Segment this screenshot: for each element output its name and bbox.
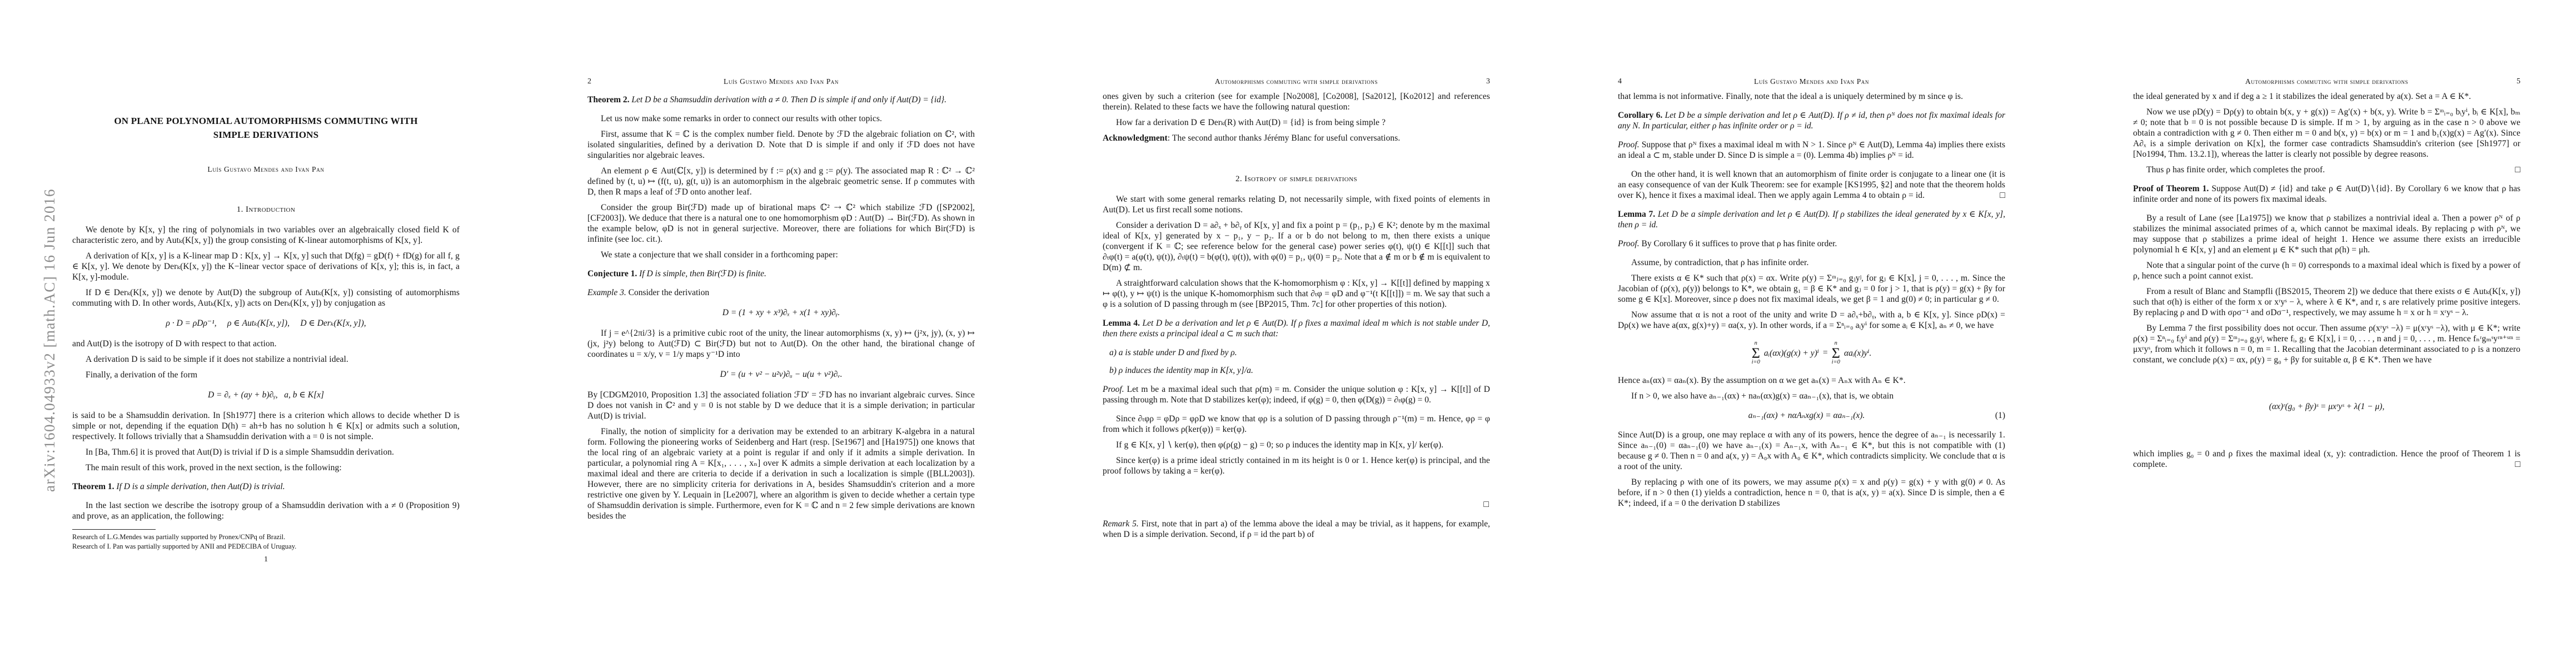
paragraph-text: is said to be a Shamsuddin derivation. I… xyxy=(72,411,460,441)
list-item: b) ρ induces the identity map in K[x, y]… xyxy=(1109,365,1490,376)
paragraph-text: Since ker(φ) is a prime ideal strictly c… xyxy=(1103,456,1490,476)
running-head: Automorphisms commuting with simple deri… xyxy=(1103,77,1490,86)
paragraph: There exists α ∈ K* such that ρ(x) = αx.… xyxy=(1618,273,2005,305)
paragraph: A derivation of K[x, y] is a K-linear ma… xyxy=(72,251,460,282)
display-equation: ρ · D = ρDρ⁻¹, ρ ∈ Autₖ(K[x, y]), D ∈ De… xyxy=(72,317,460,330)
display-equation: (αx)ʳ(g₀ + βy)ˢ = μxʳyˢ + λ(1 − μ), xyxy=(2133,401,2520,413)
display-equation: D = (1 + xy + x³)∂ₓ + x(1 + xy)∂ᵧ. xyxy=(587,307,975,319)
sum-lower-limit: i=0 xyxy=(1752,360,1760,366)
summation-equation: nΣi=0aᵢ(αx)(g(x) + y)ⁱ=nΣi=0αaᵢ(x)yⁱ. xyxy=(1618,341,2005,365)
qed-box: □ xyxy=(1986,190,2005,201)
page-2: 2Luís Gustavo Mendes and Ivan PanTheorem… xyxy=(515,0,1030,667)
paragraph-text: By replacing ρ with one of its powers, w… xyxy=(1618,477,2005,508)
section-heading: 2. Isotropy of simple derivations xyxy=(1103,175,1490,184)
theorem-statement: Let D be a derivation and let ρ ∈ Aut(D)… xyxy=(1103,318,1490,339)
paragraph-text: Let us now make some remarks in order to… xyxy=(601,114,882,123)
environment-text: Suppose that ρᴺ fixes a maximal ideal m … xyxy=(1618,140,2005,160)
paragraph: Now we use ρD(y) = Dρ(y) to obtain b(x, … xyxy=(2133,107,2520,160)
running-head-page-number-right: 5 xyxy=(2517,77,2520,86)
display-equation: D′ = (u + v² − u²v)∂ᵤ − u(u + v²)∂ᵥ. xyxy=(587,369,975,381)
paragraph: Since ker(φ) is a prime ideal strictly c… xyxy=(1103,455,1490,476)
page-number: 1 xyxy=(72,555,460,564)
environment-label: Proof. xyxy=(1103,385,1124,394)
paragraph-text: Since Aut(D) is a group, one may replace… xyxy=(1618,430,2005,471)
theorem-label: Theorem 1. xyxy=(72,482,114,491)
paragraph-text: If j = e^{2πi/3} is a primitive cubic ro… xyxy=(587,328,975,359)
equation-number: (1) xyxy=(1995,411,2005,421)
paragraph: which implies g₀ = 0 and ρ fixes the max… xyxy=(2133,449,2520,470)
paragraph: and Aut(D) is the isotropy of D with res… xyxy=(72,339,460,349)
paragraph-text: A straightforward calculation shows that… xyxy=(1103,278,1490,309)
running-head-title: Luís Gustavo Mendes and Ivan Pan xyxy=(724,77,839,86)
running-head-title: Luís Gustavo Mendes and Ivan Pan xyxy=(1754,77,1869,86)
paragraph-text: A derivation of K[x, y] is a K-linear ma… xyxy=(72,251,460,282)
proof-of-theorem-block: Proof of Theorem 1. Suppose Aut(D) ≠ {id… xyxy=(2133,183,2520,205)
paragraph: If j = e^{2πi/3} is a primitive cubic ro… xyxy=(587,328,975,360)
paragraph: Assume, by contradiction, that ρ has inf… xyxy=(1618,257,2005,268)
environment-text: By Corollary 6 it suffices to prove that… xyxy=(1641,239,1837,248)
equals-sign: = xyxy=(1823,348,1828,358)
paragraph: How far a derivation D ∈ Derₖ(R) with Au… xyxy=(1103,117,1490,128)
theorem-block: Theorem 1. If D is a simple derivation, … xyxy=(72,481,460,492)
running-head-page-number-right: 3 xyxy=(1486,77,1490,86)
page-content: Automorphisms commuting with simple deri… xyxy=(1103,0,1490,548)
paragraph: By replacing ρ with one of its powers, w… xyxy=(1618,477,2005,509)
footnote-block: Research of L.G.Mendes was partially sup… xyxy=(72,529,460,551)
theorem-block: Corollary 6. Let D be a simple derivatio… xyxy=(1618,110,2005,131)
paragraph-text: which implies g₀ = 0 and ρ fixes the max… xyxy=(2133,449,2520,469)
equation-body: aₙ₋₁(αx) + nαAₙxg(x) = αaₙ₋₁(x). xyxy=(1618,410,1995,421)
paragraph: Consider the group Bir(ℱD) made up of bi… xyxy=(587,202,975,245)
paragraph-text: Thus ρ has finite order, which completes… xyxy=(2146,165,2325,175)
paragraph: Consider a derivation D = a∂ₓ + b∂ᵧ of K… xyxy=(1103,220,1490,273)
environment-block: Proof. Suppose that ρᴺ fixes a maximal i… xyxy=(1618,140,2005,161)
running-head: 2Luís Gustavo Mendes and Ivan Pan xyxy=(587,77,975,86)
theorem-block: Theorem 2. Let D be a Shamsuddin derivat… xyxy=(587,94,975,105)
running-head-title: Automorphisms commuting with simple deri… xyxy=(2245,77,2408,86)
paragraph: We start with some general remarks relat… xyxy=(1103,194,1490,215)
paragraph: An element ρ ∈ Aut(ℂ[x, y]) is determine… xyxy=(587,166,975,197)
authors-line: Luís Gustavo Mendes and Ivan Pan xyxy=(72,165,460,174)
paragraph-text: By Lemma 7 the first possibility does no… xyxy=(2133,323,2520,365)
list-item: a) a is stable under D and fixed by ρ. xyxy=(1109,347,1490,358)
paragraph-text: that lemma is not informative. Finally, … xyxy=(1618,92,1963,101)
paragraph: the ideal generated by x and if deg a ≥ … xyxy=(2133,91,2520,102)
acknowledgment-text: : The second author thanks Jérémy Blanc … xyxy=(1168,133,1401,143)
environment-block: Remark 5. First, note that in part a) of… xyxy=(1103,519,1490,540)
running-head: Automorphisms commuting with simple deri… xyxy=(2133,77,2520,86)
paragraph-text: the ideal generated by x and if deg a ≥ … xyxy=(2133,92,2471,101)
section-heading: 1. Introduction xyxy=(72,205,460,215)
paragraph: that lemma is not informative. Finally, … xyxy=(1618,91,2005,102)
paragraph: Now assume that α is not a root of the u… xyxy=(1618,310,2005,331)
page-5: Automorphisms commuting with simple deri… xyxy=(2061,0,2576,667)
paragraph: Hence aₙ(αx) = αaₙ(x). By the assumption… xyxy=(1618,375,2005,386)
sum-expression-right: αaᵢ(x)yⁱ. xyxy=(1844,348,1871,359)
paragraph-text: If D ∈ Derₖ(K[x, y]) we denote by Aut(D)… xyxy=(72,288,460,308)
paragraph-text: ones given by such a criterion (see for … xyxy=(1103,92,1490,112)
paragraph: Since ∂ₜφρ = φDρ = φρD we know that φρ i… xyxy=(1103,414,1490,435)
paragraph-text: Note that a singular point of the curve … xyxy=(2133,261,2520,281)
page-content: Automorphisms commuting with simple deri… xyxy=(2133,0,2520,475)
paragraph: Since Aut(D) is a group, one may replace… xyxy=(1618,430,2005,472)
running-head: 4Luís Gustavo Mendes and Ivan Pan xyxy=(1618,77,2005,86)
qed-box: □ xyxy=(1103,500,1489,510)
paragraph-text: Hence aₙ(αx) = αaₙ(x). By the assumption… xyxy=(1618,376,1906,385)
environment-text: Consider the derivation xyxy=(629,288,710,297)
paragraph: We denote by K[x, y] the ring of polynom… xyxy=(72,225,460,246)
paragraph: Finally, a derivation of the form xyxy=(72,370,460,380)
qed-box: □ xyxy=(2515,459,2520,470)
running-head-page-number-left: 2 xyxy=(587,77,591,86)
paragraph-text: By a result of Lane (see [La1975]) we kn… xyxy=(2133,213,2520,255)
page-content: ON PLANE POLYNOMIAL AUTOMORPHISMS COMMUT… xyxy=(72,0,460,564)
paragraph-text: In the last section we describe the isot… xyxy=(72,501,460,521)
environment-block: Example 3. Consider the derivation xyxy=(587,287,975,298)
theorem-label: Lemma 7. xyxy=(1618,210,1655,219)
paragraph: Thus ρ has finite order, which completes… xyxy=(2133,165,2520,175)
paragraph: From a result of Blanc and Stampfli ([BS… xyxy=(2133,286,2520,318)
sum-symbol-right: nΣi=0 xyxy=(1832,341,1840,365)
paragraph: On the other hand, it is well known that… xyxy=(1618,169,2005,201)
sigma-glyph: Σ xyxy=(1832,347,1840,360)
theorem-block: Lemma 7. Let D be a simple derivation an… xyxy=(1618,209,2005,230)
theorem-statement: Let D be a Shamsuddin derivation with a … xyxy=(631,95,946,104)
paragraph: In [Ba, Thm.6] it is proved that Aut(D) … xyxy=(72,447,460,457)
paragraph: If n > 0, we also have aₙ₋₁(αx) + naₙ(αx… xyxy=(1618,391,2005,401)
paragraph-text: Now assume that α is not a root of the u… xyxy=(1618,310,2005,330)
paragraph: Let us now make some remarks in order to… xyxy=(587,113,975,124)
paragraph-text: If g ∈ K[x, y] ∖ ker(φ), then φ(ρ(g) − g… xyxy=(1116,440,1443,450)
theorem-statement: Let D be a simple derivation and let ρ ∈… xyxy=(1618,210,2005,230)
environment-label: Remark 5. xyxy=(1103,519,1139,529)
environment-text: Let m be a maximal ideal such that ρ(m) … xyxy=(1103,385,1490,405)
environment-label: Proof. xyxy=(1618,239,1640,248)
environment-label: Example 3. xyxy=(587,288,626,297)
arxiv-stamp: arXiv:1604.04933v2 [math.AC] 16 Jun 2016 xyxy=(41,188,58,492)
paragraph-text: First, assume that K = ℂ is the complex … xyxy=(587,130,975,160)
sigma-glyph: Σ xyxy=(1752,347,1760,360)
page-content: 4Luís Gustavo Mendes and Ivan Panthat le… xyxy=(1618,0,2005,514)
paragraph-text: Consider the group Bir(ℱD) made up of bi… xyxy=(587,203,975,244)
paragraph-text: There exists α ∈ K* such that ρ(x) = αx.… xyxy=(1618,273,2005,304)
theorem-block: Conjecture 1. If D is simple, then Bir(ℱ… xyxy=(587,268,975,279)
sum-symbol-left: nΣi=0 xyxy=(1752,341,1760,365)
paper-title: ON PLANE POLYNOMIAL AUTOMORPHISMS COMMUT… xyxy=(72,114,460,142)
paragraph: If g ∈ K[x, y] ∖ ker(φ), then φ(ρ(g) − g… xyxy=(1103,440,1490,450)
paragraph: If D ∈ Derₖ(K[x, y]) we denote by Aut(D)… xyxy=(72,287,460,308)
sum-expression-left: aᵢ(αx)(g(x) + y)ⁱ xyxy=(1764,348,1819,359)
paragraph-text: By [CDGM2010, Proposition 1.3] the assoc… xyxy=(587,390,975,421)
paragraph-text: We start with some general remarks relat… xyxy=(1103,195,1490,215)
paragraph: We state a conjecture that we shall cons… xyxy=(587,250,975,260)
qed-box: □ xyxy=(2502,165,2520,175)
paragraph-text: If n > 0, we also have aₙ₋₁(αx) + naₙ(αx… xyxy=(1631,391,1894,401)
proof-label: Proof of Theorem 1. xyxy=(2133,184,2209,193)
theorem-label: Conjecture 1. xyxy=(587,269,637,278)
paragraph-text: Finally, the notion of simplicity for a … xyxy=(587,427,975,521)
paragraph-text: A derivation D is said to be simple if i… xyxy=(86,355,348,364)
paragraph: Finally, the notion of simplicity for a … xyxy=(587,426,975,521)
running-head-title: Automorphisms commuting with simple deri… xyxy=(1215,77,1378,86)
environment-label: Proof. xyxy=(1618,140,1640,150)
running-head-page-number-left: 4 xyxy=(1618,77,1622,86)
theorem-label: Lemma 4. xyxy=(1103,318,1140,328)
paragraph-text: In [Ba, Thm.6] it is proved that Aut(D) … xyxy=(86,447,394,457)
paragraph-text: On the other hand, it is well known that… xyxy=(1618,170,2005,200)
paragraph-text: Assume, by contradiction, that ρ has inf… xyxy=(1631,258,1808,267)
page-1: ON PLANE POLYNOMIAL AUTOMORPHISMS COMMUT… xyxy=(0,0,515,667)
theorem-statement: Let D be a simple derivation and let ρ ∈… xyxy=(1618,111,2005,131)
footnote-rule xyxy=(72,529,156,530)
acknowledgment-label: Acknowledgment xyxy=(1103,133,1168,143)
theorem-label: Theorem 2. xyxy=(587,95,629,104)
numbered-equation: aₙ₋₁(αx) + nαAₙxg(x) = αaₙ₋₁(x).(1) xyxy=(1618,410,2005,421)
page-3: Automorphisms commuting with simple deri… xyxy=(1030,0,1546,667)
paragraph-text: Now we use ρD(y) = Dρ(y) to obtain b(x, … xyxy=(2133,107,2520,159)
acknowledgment: Acknowledgment: The second author thanks… xyxy=(1103,133,1490,143)
paragraph-text: From a result of Blanc and Stampfli ([BS… xyxy=(2133,287,2520,317)
theorem-block: Lemma 4. Let D be a derivation and let ρ… xyxy=(1103,318,1490,339)
paragraph-text: and Aut(D) is the isotropy of D with res… xyxy=(72,339,277,349)
page-4: 4Luís Gustavo Mendes and Ivan Panthat le… xyxy=(1546,0,2061,667)
paragraph-text: The main result of this work, proved in … xyxy=(86,463,342,472)
paper-canvas: ON PLANE POLYNOMIAL AUTOMORPHISMS COMMUT… xyxy=(0,0,2576,667)
environment-block: Proof. By Corollary 6 it suffices to pro… xyxy=(1618,238,2005,249)
paragraph: By Lemma 7 the first possibility does no… xyxy=(2133,323,2520,365)
theorem-statement: If D is a simple derivation, then Aut(D)… xyxy=(116,482,285,491)
paragraph: is said to be a Shamsuddin derivation. I… xyxy=(72,410,460,442)
paragraph-text: Consider a derivation D = a∂ₓ + b∂ᵧ of K… xyxy=(1103,221,1490,272)
environment-text: First, note that in part a) of the lemma… xyxy=(1103,519,1490,539)
paragraph: A straightforward calculation shows that… xyxy=(1103,278,1490,310)
paragraph: A derivation D is said to be simple if i… xyxy=(72,354,460,365)
paragraph: In the last section we describe the isot… xyxy=(72,500,460,521)
paragraph-text: We denote by K[x, y] the ring of polynom… xyxy=(72,225,460,245)
paragraph: Note that a singular point of the curve … xyxy=(2133,260,2520,281)
paragraph: The main result of this work, proved in … xyxy=(72,462,460,473)
paragraph-text: Since ∂ₜφρ = φDρ = φρD we know that φρ i… xyxy=(1103,414,1490,434)
paragraph: By a result of Lane (see [La1975]) we kn… xyxy=(2133,213,2520,255)
paragraph-text: An element ρ ∈ Aut(ℂ[x, y]) is determine… xyxy=(587,166,975,197)
footnote-line: Research of I. Pan was partially support… xyxy=(72,542,460,551)
footnote-line: Research of L.G.Mendes was partially sup… xyxy=(72,532,460,542)
environment-block: Proof. Let m be a maximal ideal such tha… xyxy=(1103,384,1490,405)
paragraph: By [CDGM2010, Proposition 1.3] the assoc… xyxy=(587,390,975,421)
theorem-statement: If D is simple, then Bir(ℱD) is finite. xyxy=(639,269,766,278)
page-content: 2Luís Gustavo Mendes and Ivan PanTheorem… xyxy=(587,0,975,526)
paragraph-text: Finally, a derivation of the form xyxy=(86,370,197,380)
display-equation: D = ∂ₓ + (ay + b)∂ᵧ, a, b ∈ K[x] xyxy=(72,389,460,401)
sum-lower-limit: i=0 xyxy=(1832,360,1840,366)
paragraph: First, assume that K = ℂ is the complex … xyxy=(587,129,975,161)
paragraph-text: How far a derivation D ∈ Derₖ(R) with Au… xyxy=(1116,118,1386,127)
paragraph: ones given by such a criterion (see for … xyxy=(1103,91,1490,112)
theorem-label: Corollary 6. xyxy=(1618,111,1662,120)
paragraph-text: We state a conjecture that we shall cons… xyxy=(601,250,838,260)
